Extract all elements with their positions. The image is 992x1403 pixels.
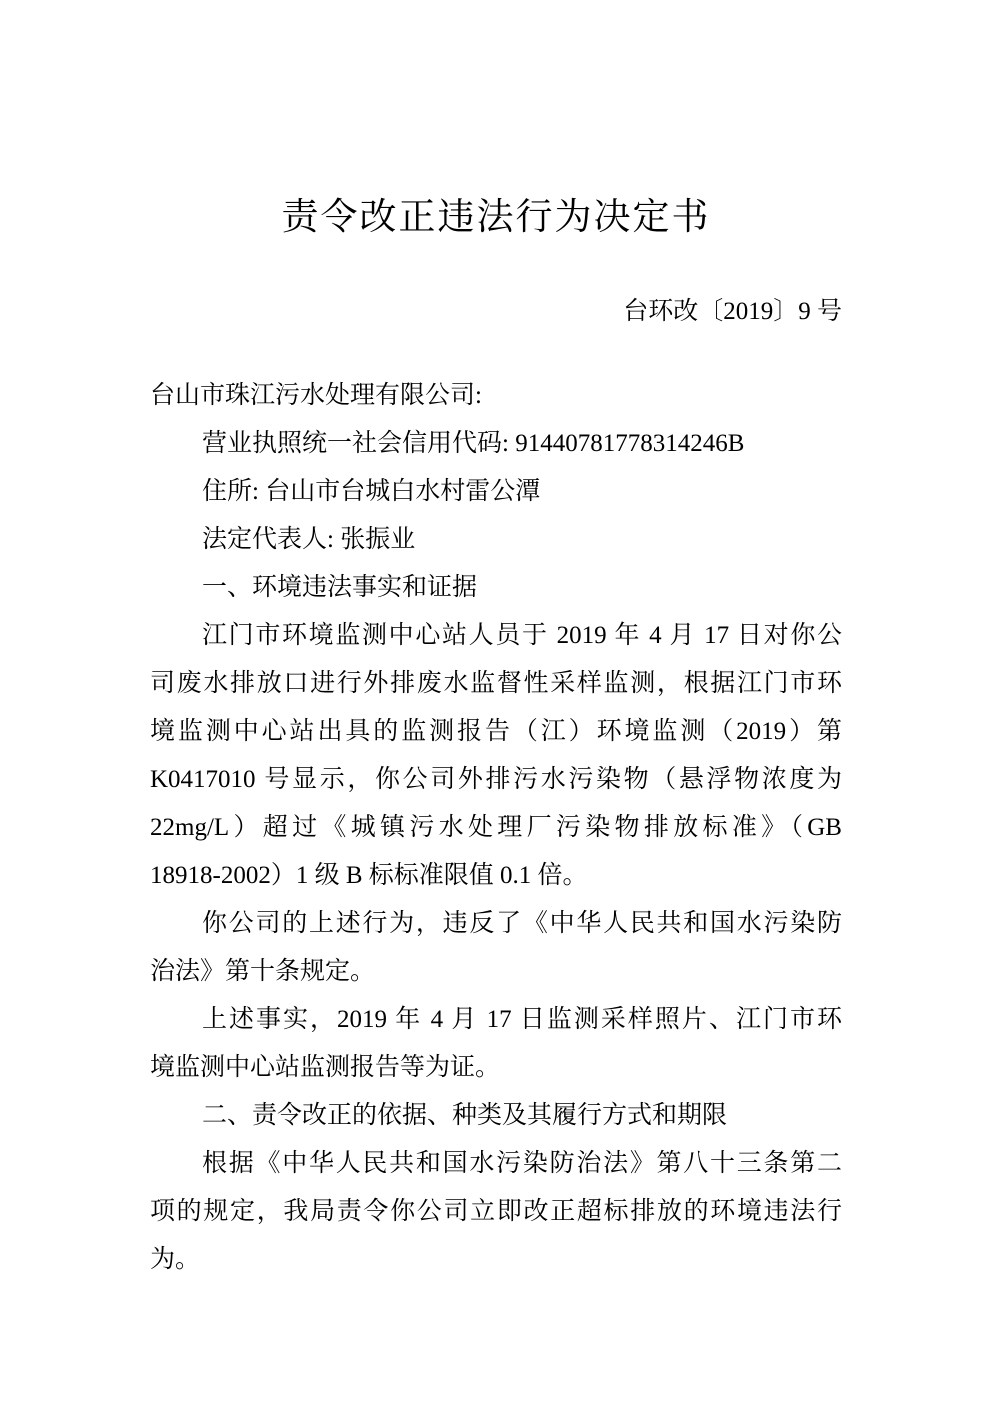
text-line: 司废水排放口进行外排废水监督性采样监测，根据江门市环	[150, 660, 842, 708]
text-line-section-1-head: 一、环境违法事实和证据	[150, 564, 842, 612]
document-page: 责令改正违法行为决定书 台环改〔2019〕9 号 台山市珠江污水处理有限公司: …	[0, 0, 992, 1403]
text-line: 江门市环境监测中心站人员于 2019 年 4 月 17 日对你公	[150, 612, 842, 660]
text-line: 根据《中华人民共和国水污染防治法》第八十三条第二	[150, 1140, 842, 1188]
text-line: 上述事实，2019 年 4 月 17 日监测采样照片、江门市环	[150, 996, 842, 1044]
text-line: K0417010 号显示，你公司外排污水污染物（悬浮物浓度为	[150, 756, 842, 804]
document-title: 责令改正违法行为决定书	[150, 192, 842, 244]
text-line-address: 住所: 台山市台城白水村雷公潭	[150, 468, 842, 516]
text-line-company: 台山市珠江污水处理有限公司:	[150, 372, 842, 420]
document-body: 台山市珠江污水处理有限公司: 营业执照统一社会信用代码: 91440781778…	[150, 372, 842, 1284]
text-line: 22mg/L）超过《城镇污水处理厂污染物排放标准》（GB	[150, 804, 842, 852]
text-line-section-2-head: 二、责令改正的依据、种类及其履行方式和期限	[150, 1092, 842, 1140]
text-line: 为。	[150, 1236, 842, 1284]
text-line-credit-code: 营业执照统一社会信用代码: 91440781778314246B	[150, 420, 842, 468]
text-line: 18918-2002）1 级 B 标标准限值 0.1 倍。	[150, 852, 842, 900]
text-line: 你公司的上述行为，违反了《中华人民共和国水污染防	[150, 900, 842, 948]
text-line: 境监测中心站监测报告等为证。	[150, 1044, 842, 1092]
text-line: 项的规定，我局责令你公司立即改正超标排放的环境违法行	[150, 1188, 842, 1236]
text-line: 境监测中心站出具的监测报告（江）环境监测（2019）第	[150, 708, 842, 756]
document-number: 台环改〔2019〕9 号	[150, 292, 842, 332]
text-line-legal-rep: 法定代表人: 张振业	[150, 516, 842, 564]
text-line: 治法》第十条规定。	[150, 948, 842, 996]
